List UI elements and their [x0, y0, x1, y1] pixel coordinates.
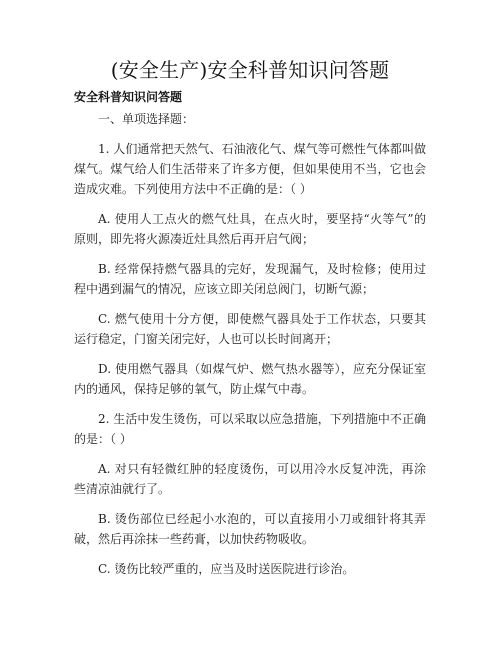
question-1-option-a: A. 使用人工点火的燃气灶具，在点火时，要坚持“火等气”的原则，即先将火源凑近灶… — [74, 209, 426, 249]
document-title: (安全生产)安全科普知识问答题 — [0, 57, 500, 83]
question-1-option-b: B. 经常保持燃气器具的完好，发现漏气，及时检修；使用过程中遇到漏气的情况，应该… — [74, 259, 426, 299]
document-subtitle: 安全科普知识问答题 — [74, 87, 426, 107]
question-1-stem: 1. 人们通常把天然气、石油液化气、煤气等可燃性气体都叫做煤气。煤气给人们生活带… — [74, 139, 426, 199]
document-body: 安全科普知识问答题 一、单项选择题： 1. 人们通常把天然气、石油液化气、煤气等… — [74, 87, 426, 589]
question-2-option-a: A. 对只有轻微红肿的轻度烫伤，可以用冷水反复冲洗，再涂些清凉油就行了。 — [74, 459, 426, 499]
question-2-stem: 2. 生活中发生烫伤，可以采取以应急措施，下列措施中不正确的是：（ ） — [74, 409, 426, 449]
section-heading: 一、单项选择题： — [74, 109, 426, 129]
document-page: (安全生产)安全科普知识问答题 安全科普知识问答题 一、单项选择题： 1. 人们… — [0, 0, 500, 647]
question-2-option-b: B. 烫伤部位已经起小水泡的，可以直接用小刀或细针将其弄破，然后再涂抹一些药膏，… — [74, 509, 426, 549]
question-2-option-c: C. 烫伤比较严重的，应当及时送医院进行诊治。 — [74, 559, 426, 579]
question-1-option-c: C. 燃气使用十分方便，即使燃气器具处于工作状态，只要其运行稳定，门窗关闭完好，… — [74, 309, 426, 349]
question-1-option-d: D. 使用燃气器具（如煤气炉、燃气热水器等），应充分保证室内的通风，保持足够的氧… — [74, 359, 426, 399]
